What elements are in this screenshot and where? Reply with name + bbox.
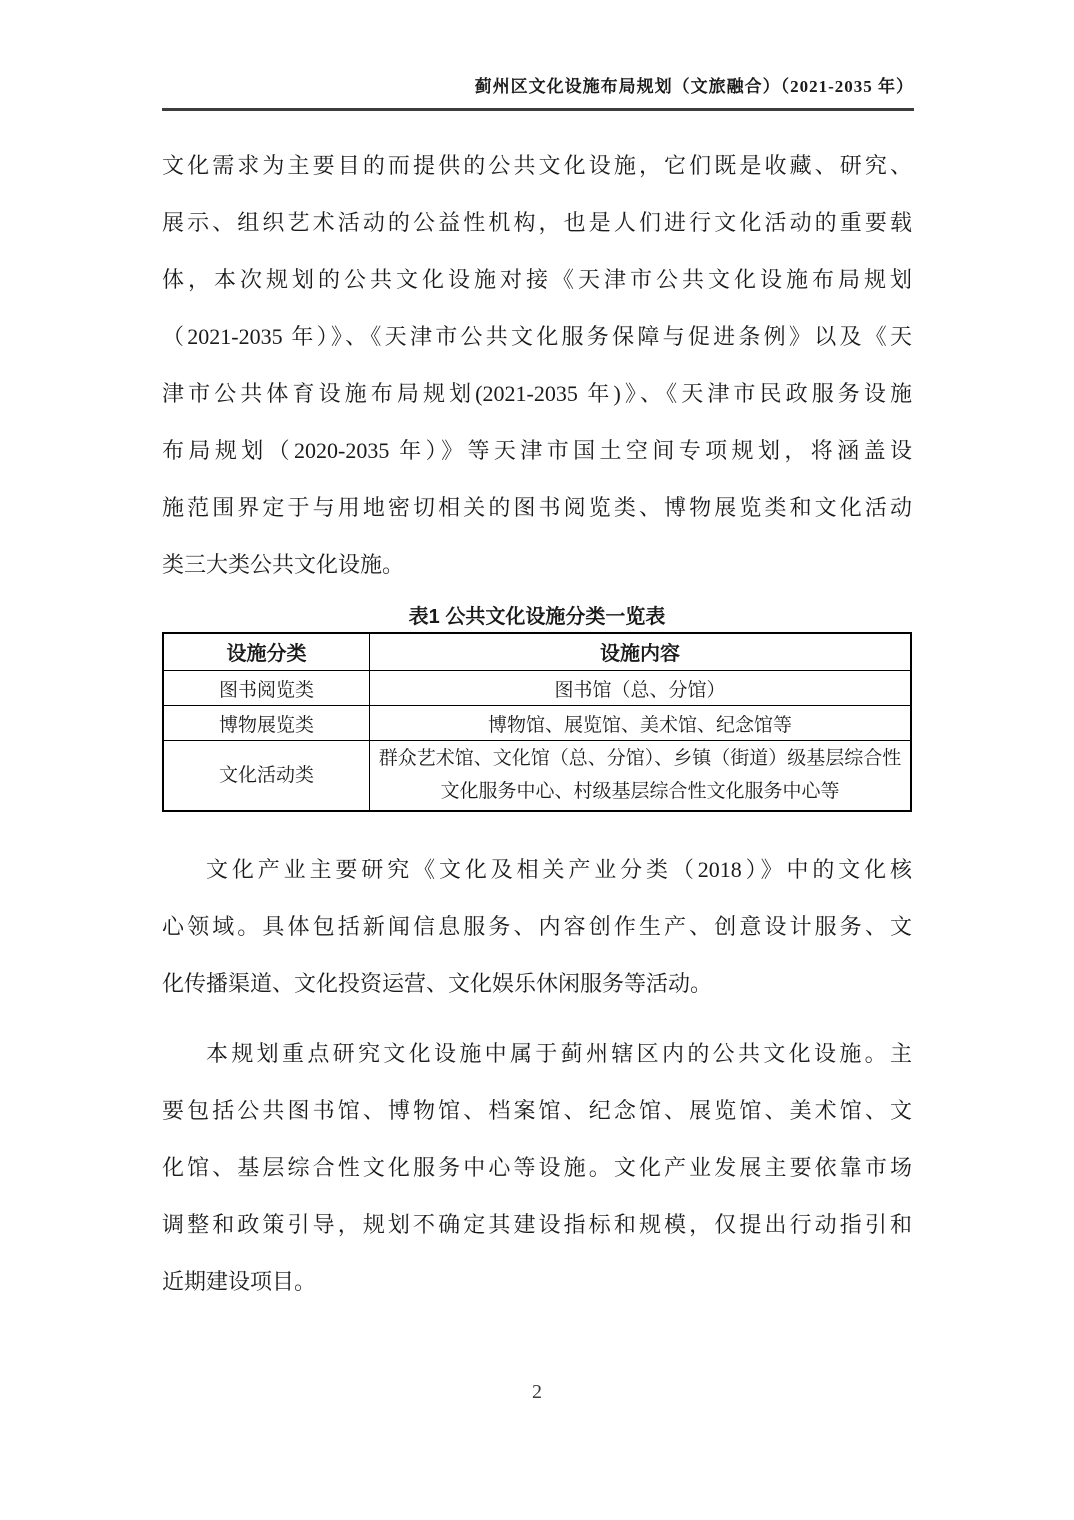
content-cell: 图书馆（总、分馆） <box>369 671 911 706</box>
body-text-line: 本规划重点研究文化设施中属于蓟州辖区内的公共文化设施。主 <box>162 1025 912 1082</box>
body-text-line: 体，本次规划的公共文化设施对接《天津市公共文化设施布局规划 <box>162 251 912 308</box>
body-text-line: 化传播渠道、文化投资运营、文化娱乐休闲服务等活动。 <box>162 955 912 1012</box>
body-text-line: 文化需求为主要目的而提供的公共文化设施，它们既是收藏、研究、 <box>162 137 912 194</box>
table-row: 博物展览类 博物馆、展览馆、美术馆、纪念馆等 <box>163 706 911 741</box>
body-text-line: 文化产业主要研究《文化及相关产业分类（2018）》中的文化核 <box>162 841 912 898</box>
body-text-line: 类三大类公共文化设施。 <box>162 536 912 593</box>
category-cell: 图书阅览类 <box>163 671 369 706</box>
paragraph: 本规划重点研究文化设施中属于蓟州辖区内的公共文化设施。主 要包括公共图书馆、博物… <box>162 1025 912 1310</box>
table-caption: 表1 公共文化设施分类一览表 <box>162 602 912 632</box>
category-cell: 博物展览类 <box>163 706 369 741</box>
body-text-line: 心领域。具体包括新闻信息服务、内容创作生产、创意设计服务、文 <box>162 898 912 955</box>
body-text-line: 展示、组织艺术活动的公益性机构，也是人们进行文化活动的重要载 <box>162 194 912 251</box>
body-text-line: 要包括公共图书馆、博物馆、档案馆、纪念馆、展览馆、美术馆、文 <box>162 1082 912 1139</box>
paragraph: 文化产业主要研究《文化及相关产业分类（2018）》中的文化核 心领域。具体包括新… <box>162 841 912 1012</box>
category-cell: 文化活动类 <box>163 741 369 811</box>
body-text-line: 施范围界定于与用地密切相关的图书阅览类、博物展览类和文化活动 <box>162 479 912 536</box>
body-text-line: 津市公共体育设施布局规划(2021-2035 年)》、《天津市民政服务设施 <box>162 365 912 422</box>
body-text-line: 布局规划（2020-2035 年）》等天津市国土空间专项规划，将涵盖设 <box>162 422 912 479</box>
body-text-line: 化馆、基层综合性文化服务中心等设施。文化产业发展主要依靠市场 <box>162 1139 912 1196</box>
page-number: 2 <box>0 1381 1074 1404</box>
facility-classification-table: 设施分类 设施内容 图书阅览类 图书馆（总、分馆） 博物展览类 博物馆、展览馆、… <box>162 632 912 812</box>
body-text-line: 近期建设项目。 <box>162 1253 912 1310</box>
table-row: 文化活动类 群众艺术馆、文化馆（总、分馆）、乡镇（街道）级基层综合性文化服务中心… <box>163 741 911 811</box>
running-header: 蓟州区文化设施布局规划（文旅融合）（2021-2035 年） <box>162 0 914 111</box>
content-cell: 博物馆、展览馆、美术馆、纪念馆等 <box>369 706 911 741</box>
column-header-category: 设施分类 <box>163 633 369 671</box>
body-text-line: 调整和政策引导，规划不确定其建设指标和规模，仅提出行动指引和 <box>162 1196 912 1253</box>
page-content: 文化需求为主要目的而提供的公共文化设施，它们既是收藏、研究、 展示、组织艺术活动… <box>162 137 912 1310</box>
table-row: 图书阅览类 图书馆（总、分馆） <box>163 671 911 706</box>
table-header-row: 设施分类 设施内容 <box>163 633 911 671</box>
paragraph: 文化需求为主要目的而提供的公共文化设施，它们既是收藏、研究、 展示、组织艺术活动… <box>162 137 912 593</box>
content-cell: 群众艺术馆、文化馆（总、分馆）、乡镇（街道）级基层综合性文化服务中心、村级基层综… <box>369 741 911 811</box>
column-header-content: 设施内容 <box>369 633 911 671</box>
body-text-line: （2021-2035 年）》、《天津市公共文化服务保障与促进条例》以及《天 <box>162 308 912 365</box>
document-page: 蓟州区文化设施布局规划（文旅融合）（2021-2035 年） 文化需求为主要目的… <box>0 0 1074 1520</box>
